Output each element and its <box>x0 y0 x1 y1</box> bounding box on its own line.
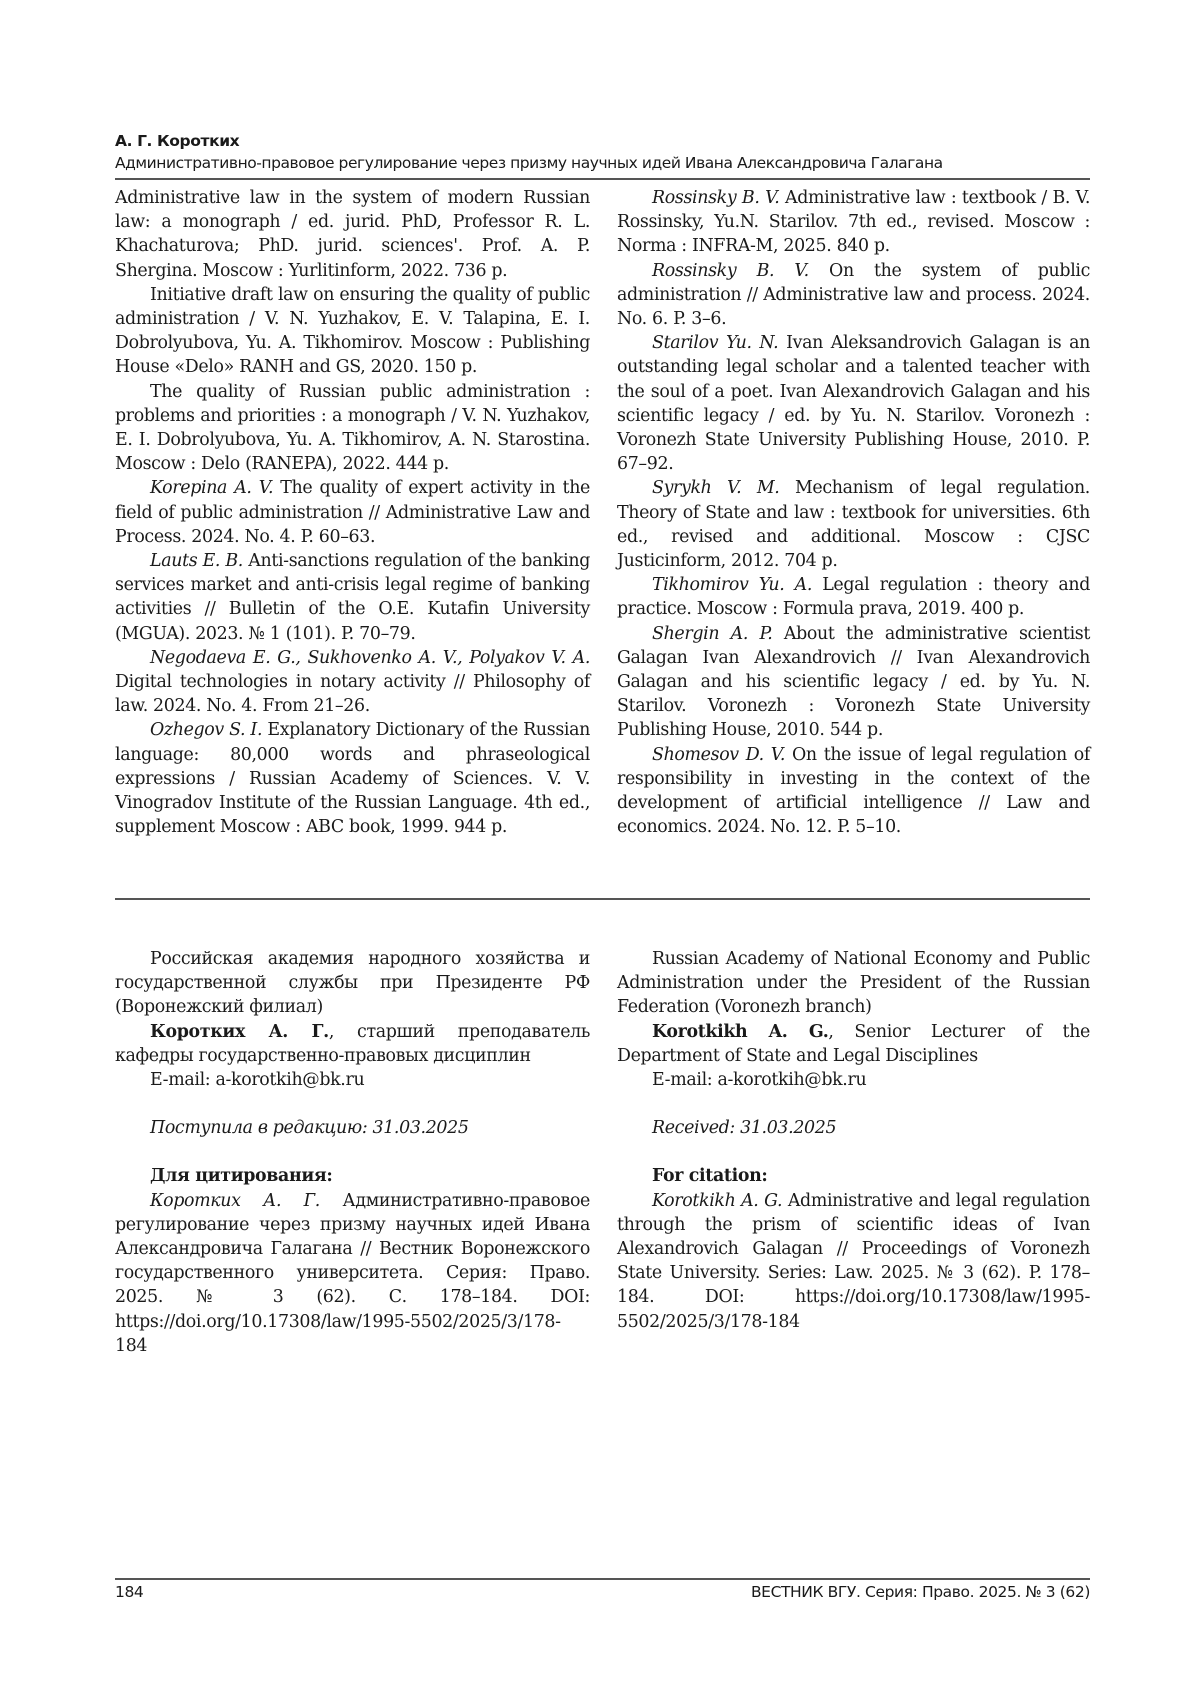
email-en: E-mail: a-korotkih@bk.ru <box>617 1068 1090 1092</box>
reference-author: Ozhegov S. I. <box>150 720 262 740</box>
reference-author: Lauts E. B. <box>150 551 243 571</box>
reference-item: Negodaeva E. G., Sukhovenko A. V., Polya… <box>115 646 590 719</box>
author-info-en: Russian Academy of National Economy and … <box>617 947 1090 1334</box>
reference-author: Rossinsky B. V. <box>652 261 809 281</box>
author-position-en: Korotkikh A. G., Senior Lecturer of the … <box>617 1020 1090 1068</box>
reference-item: Lauts E. B. Anti-sanctions regulation of… <box>115 549 590 646</box>
references-right-column: Rossinsky B. V. Administrative law : tex… <box>617 186 1090 839</box>
reference-item: Ozhegov S. I. Explanatory Dictionary of … <box>115 718 590 839</box>
author-position-ru: Коротких А. Г., старший преподаватель ка… <box>115 1020 590 1068</box>
reference-author: Tikhomirov Yu. A. <box>652 575 812 595</box>
reference-item: The quality of Russian public administra… <box>115 380 590 477</box>
author-name-en: Korotkikh A. G. <box>652 1022 828 1042</box>
reference-item: Shergin A. P. About the administrative s… <box>617 622 1090 743</box>
citation-en: Korotkikh A. G. Administrative and legal… <box>617 1189 1090 1334</box>
affiliation-ru: Российская академия народного хозяйства … <box>115 947 590 1020</box>
reference-author: Negodaeva E. G., Sukhovenko A. V., Polya… <box>150 648 590 668</box>
citation-heading-ru: Для цитирования: <box>115 1164 590 1188</box>
footer-rule <box>115 1578 1090 1580</box>
references-left-column: Administrative law in the system of mode… <box>115 186 590 839</box>
header-author: А. Г. Коротких <box>115 130 1090 152</box>
journal-name: ВЕСТНИК ВГУ. Серия: Право. 2025. № 3 (62… <box>751 1583 1090 1601</box>
citation-heading-en: For citation: <box>617 1164 1090 1188</box>
section-rule <box>115 898 1090 900</box>
reference-item: Starilov Yu. N. Ivan Aleksandrovich Gala… <box>617 331 1090 476</box>
header-article-title: Административно-правовое регулирование ч… <box>115 152 1090 174</box>
email-ru: E-mail: a-korotkih@bk.ru <box>115 1068 590 1092</box>
reference-item: Tikhomirov Yu. A. Legal regulation : the… <box>617 573 1090 621</box>
document-page: А. Г. Коротких Административно-правовое … <box>0 0 1200 1698</box>
reference-author: Shomesov D. V. <box>652 745 785 765</box>
reference-author: Syrykh V. M. <box>652 478 779 498</box>
received-date-en: Received: 31.03.2025 <box>617 1116 1090 1140</box>
citation-ru: Коротких А. Г. Административно-правовое … <box>115 1189 590 1358</box>
author-info-ru: Российская академия народного хозяйства … <box>115 947 590 1358</box>
reference-item: Administrative law in the system of mode… <box>115 186 590 283</box>
reference-item: Rossinsky B. V. Administrative law : tex… <box>617 186 1090 259</box>
reference-author: Rossinsky B. V. <box>652 188 779 208</box>
citation-author-ru: Коротких А. Г. <box>150 1191 320 1211</box>
header-rule <box>115 178 1090 180</box>
page-footer: 184 ВЕСТНИК ВГУ. Серия: Право. 2025. № 3… <box>115 1583 1090 1601</box>
reference-author: Starilov Yu. N. <box>652 333 778 353</box>
page-number: 184 <box>115 1583 143 1601</box>
received-date-ru: Поступила в редакцию: 31.03.2025 <box>115 1116 590 1140</box>
reference-item: Syrykh V. M. Mechanism of legal regulati… <box>617 476 1090 573</box>
reference-author: Shergin A. P. <box>652 624 772 644</box>
reference-author: Korepina A. V. <box>150 478 273 498</box>
author-name-ru: Коротких А. Г. <box>150 1022 329 1042</box>
reference-item: Rossinsky B. V. On the system of public … <box>617 259 1090 332</box>
citation-author-en: Korotkikh A. G. <box>652 1191 782 1211</box>
reference-item: Shomesov D. V. On the issue of legal reg… <box>617 743 1090 840</box>
running-header: А. Г. Коротких Административно-правовое … <box>115 130 1090 174</box>
reference-item: Initiative draft law on ensuring the qua… <box>115 283 590 380</box>
affiliation-en: Russian Academy of National Economy and … <box>617 947 1090 1020</box>
reference-item: Korepina A. V. The quality of expert act… <box>115 476 590 549</box>
